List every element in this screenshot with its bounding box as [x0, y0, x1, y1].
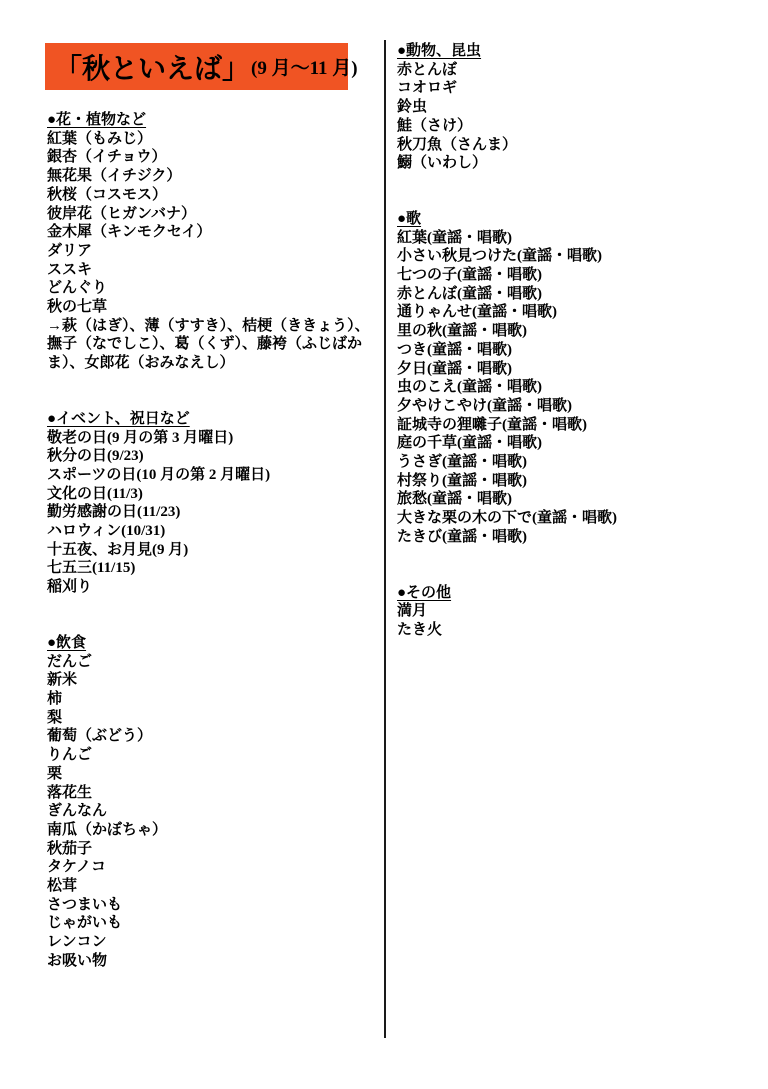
- list-item: 十五夜、お月見(9 月): [47, 541, 383, 560]
- list-item: 旅愁(童謡・唱歌): [397, 490, 733, 509]
- list-item: 敬老の日(9 月の第 3 月曜日): [47, 429, 383, 448]
- list-item: 葡萄（ぶどう）: [47, 727, 383, 746]
- list-item: 鈴虫: [397, 98, 733, 117]
- list-item: つき(童謡・唱歌): [397, 341, 733, 360]
- list-item: 金木犀（キンモクセイ）: [47, 223, 383, 242]
- list-item: 夕やけこやけ(童謡・唱歌): [397, 397, 733, 416]
- list-item: 秋分の日(9/23): [47, 447, 383, 466]
- list-item: →萩（はぎ）、薄（すすき）、桔梗（ききょう）、撫子（なでしこ）、葛（くず）、藤袴…: [47, 317, 383, 373]
- list-item: 鰯（いわし）: [397, 154, 733, 173]
- list-item: 満月: [397, 602, 733, 621]
- list-item: 文化の日(11/3): [47, 485, 383, 504]
- list-item: 秋桜（コスモス）: [47, 186, 383, 205]
- list-item: 里の秋(童謡・唱歌): [397, 322, 733, 341]
- column-divider-line: [384, 40, 386, 1038]
- page-title: 「秋といえば」: [54, 47, 250, 87]
- section: ●イベント、祝日など敬老の日(9 月の第 3 月曜日)秋分の日(9/23)スポー…: [47, 410, 383, 597]
- list-item: 通りゃんせ(童謡・唱歌): [397, 303, 733, 322]
- list-item: レンコン: [47, 933, 383, 952]
- list-item: 虫のこえ(童謡・唱歌): [397, 378, 733, 397]
- list-item: ススキ: [47, 261, 383, 280]
- list-item: じゃがいも: [47, 914, 383, 933]
- section: ●飲食だんご新米柿梨葡萄（ぶどう）りんご栗落花生ぎんなん南瓜（かぼちゃ）秋茄子タ…: [47, 634, 383, 971]
- list-item: 紅葉(童謡・唱歌): [397, 229, 733, 248]
- list-item: うさぎ(童謡・唱歌): [397, 453, 733, 472]
- list-item: 大きな栗の木の下で(童謡・唱歌): [397, 509, 733, 528]
- list-item: 夕日(童謡・唱歌): [397, 360, 733, 379]
- list-item: 七つの子(童謡・唱歌): [397, 266, 733, 285]
- list-item: 柿: [47, 690, 383, 709]
- list-item: 証城寺の狸囃子(童謡・唱歌): [397, 416, 733, 435]
- list-item: 紅葉（もみじ）: [47, 130, 383, 149]
- list-item: 庭の千草(童謡・唱歌): [397, 434, 733, 453]
- list-item: さつまいも: [47, 896, 383, 915]
- right-column: ●動物、昆虫赤とんぼコオロギ鈴虫鮭（さけ）秋刀魚（さんま）鰯（いわし）●歌紅葉(…: [397, 42, 733, 640]
- section: ●動物、昆虫赤とんぼコオロギ鈴虫鮭（さけ）秋刀魚（さんま）鰯（いわし）: [397, 42, 733, 173]
- list-item: 赤とんぼ: [397, 61, 733, 80]
- section-heading: ●動物、昆虫: [397, 42, 733, 61]
- section-heading: ●飲食: [47, 634, 383, 653]
- list-item: たきび(童謡・唱歌): [397, 528, 733, 547]
- list-item: 新米: [47, 671, 383, 690]
- list-item: 無花果（イチジク）: [47, 167, 383, 186]
- section: ●花・植物など紅葉（もみじ）銀杏（イチョウ）無花果（イチジク）秋桜（コスモス）彼…: [47, 111, 383, 373]
- list-item: 彼岸花（ヒガンバナ）: [47, 205, 383, 224]
- section: ●その他満月たき火: [397, 584, 733, 640]
- list-item: 秋茄子: [47, 840, 383, 859]
- list-item: 秋の七草: [47, 298, 383, 317]
- list-item: だんご: [47, 653, 383, 672]
- list-item: 村祭り(童謡・唱歌): [397, 472, 733, 491]
- list-item: 秋刀魚（さんま）: [397, 136, 733, 155]
- list-item: りんご: [47, 746, 383, 765]
- list-item: タケノコ: [47, 858, 383, 877]
- page-title-date-range: (9 月～11 月): [251, 53, 358, 80]
- list-item: お吸い物: [47, 952, 383, 971]
- list-item: 鮭（さけ）: [397, 117, 733, 136]
- list-item: 勤労感謝の日(11/23): [47, 503, 383, 522]
- list-item: スポーツの日(10 月の第 2 月曜日): [47, 466, 383, 485]
- list-item: ダリア: [47, 242, 383, 261]
- list-item: 松茸: [47, 877, 383, 896]
- section-heading: ●花・植物など: [47, 111, 383, 130]
- list-item: どんぐり: [47, 279, 383, 298]
- list-item: 七五三(11/15): [47, 559, 383, 578]
- list-item: ぎんなん: [47, 802, 383, 821]
- list-item: 小さい秋見つけた(童謡・唱歌): [397, 247, 733, 266]
- list-item: コオロギ: [397, 79, 733, 98]
- list-item: 赤とんぼ(童謡・唱歌): [397, 285, 733, 304]
- section: ●歌紅葉(童謡・唱歌)小さい秋見つけた(童謡・唱歌)七つの子(童謡・唱歌)赤とん…: [397, 210, 733, 547]
- list-item: 稲刈り: [47, 578, 383, 597]
- section-heading: ●その他: [397, 584, 733, 603]
- title-banner: 「秋といえば」(9 月～11 月): [45, 43, 348, 90]
- left-column: ●花・植物など紅葉（もみじ）銀杏（イチョウ）無花果（イチジク）秋桜（コスモス）彼…: [47, 111, 383, 971]
- list-item: ハロウィン(10/31): [47, 522, 383, 541]
- list-item: 南瓜（かぼちゃ）: [47, 821, 383, 840]
- document-page: 「秋といえば」(9 月～11 月) ●花・植物など紅葉（もみじ）銀杏（イチョウ）…: [0, 0, 768, 1089]
- list-item: 梨: [47, 709, 383, 728]
- section-heading: ●イベント、祝日など: [47, 410, 383, 429]
- list-item: 銀杏（イチョウ）: [47, 148, 383, 167]
- list-item: たき火: [397, 621, 733, 640]
- section-heading: ●歌: [397, 210, 733, 229]
- list-item: 栗: [47, 765, 383, 784]
- list-item: 落花生: [47, 784, 383, 803]
